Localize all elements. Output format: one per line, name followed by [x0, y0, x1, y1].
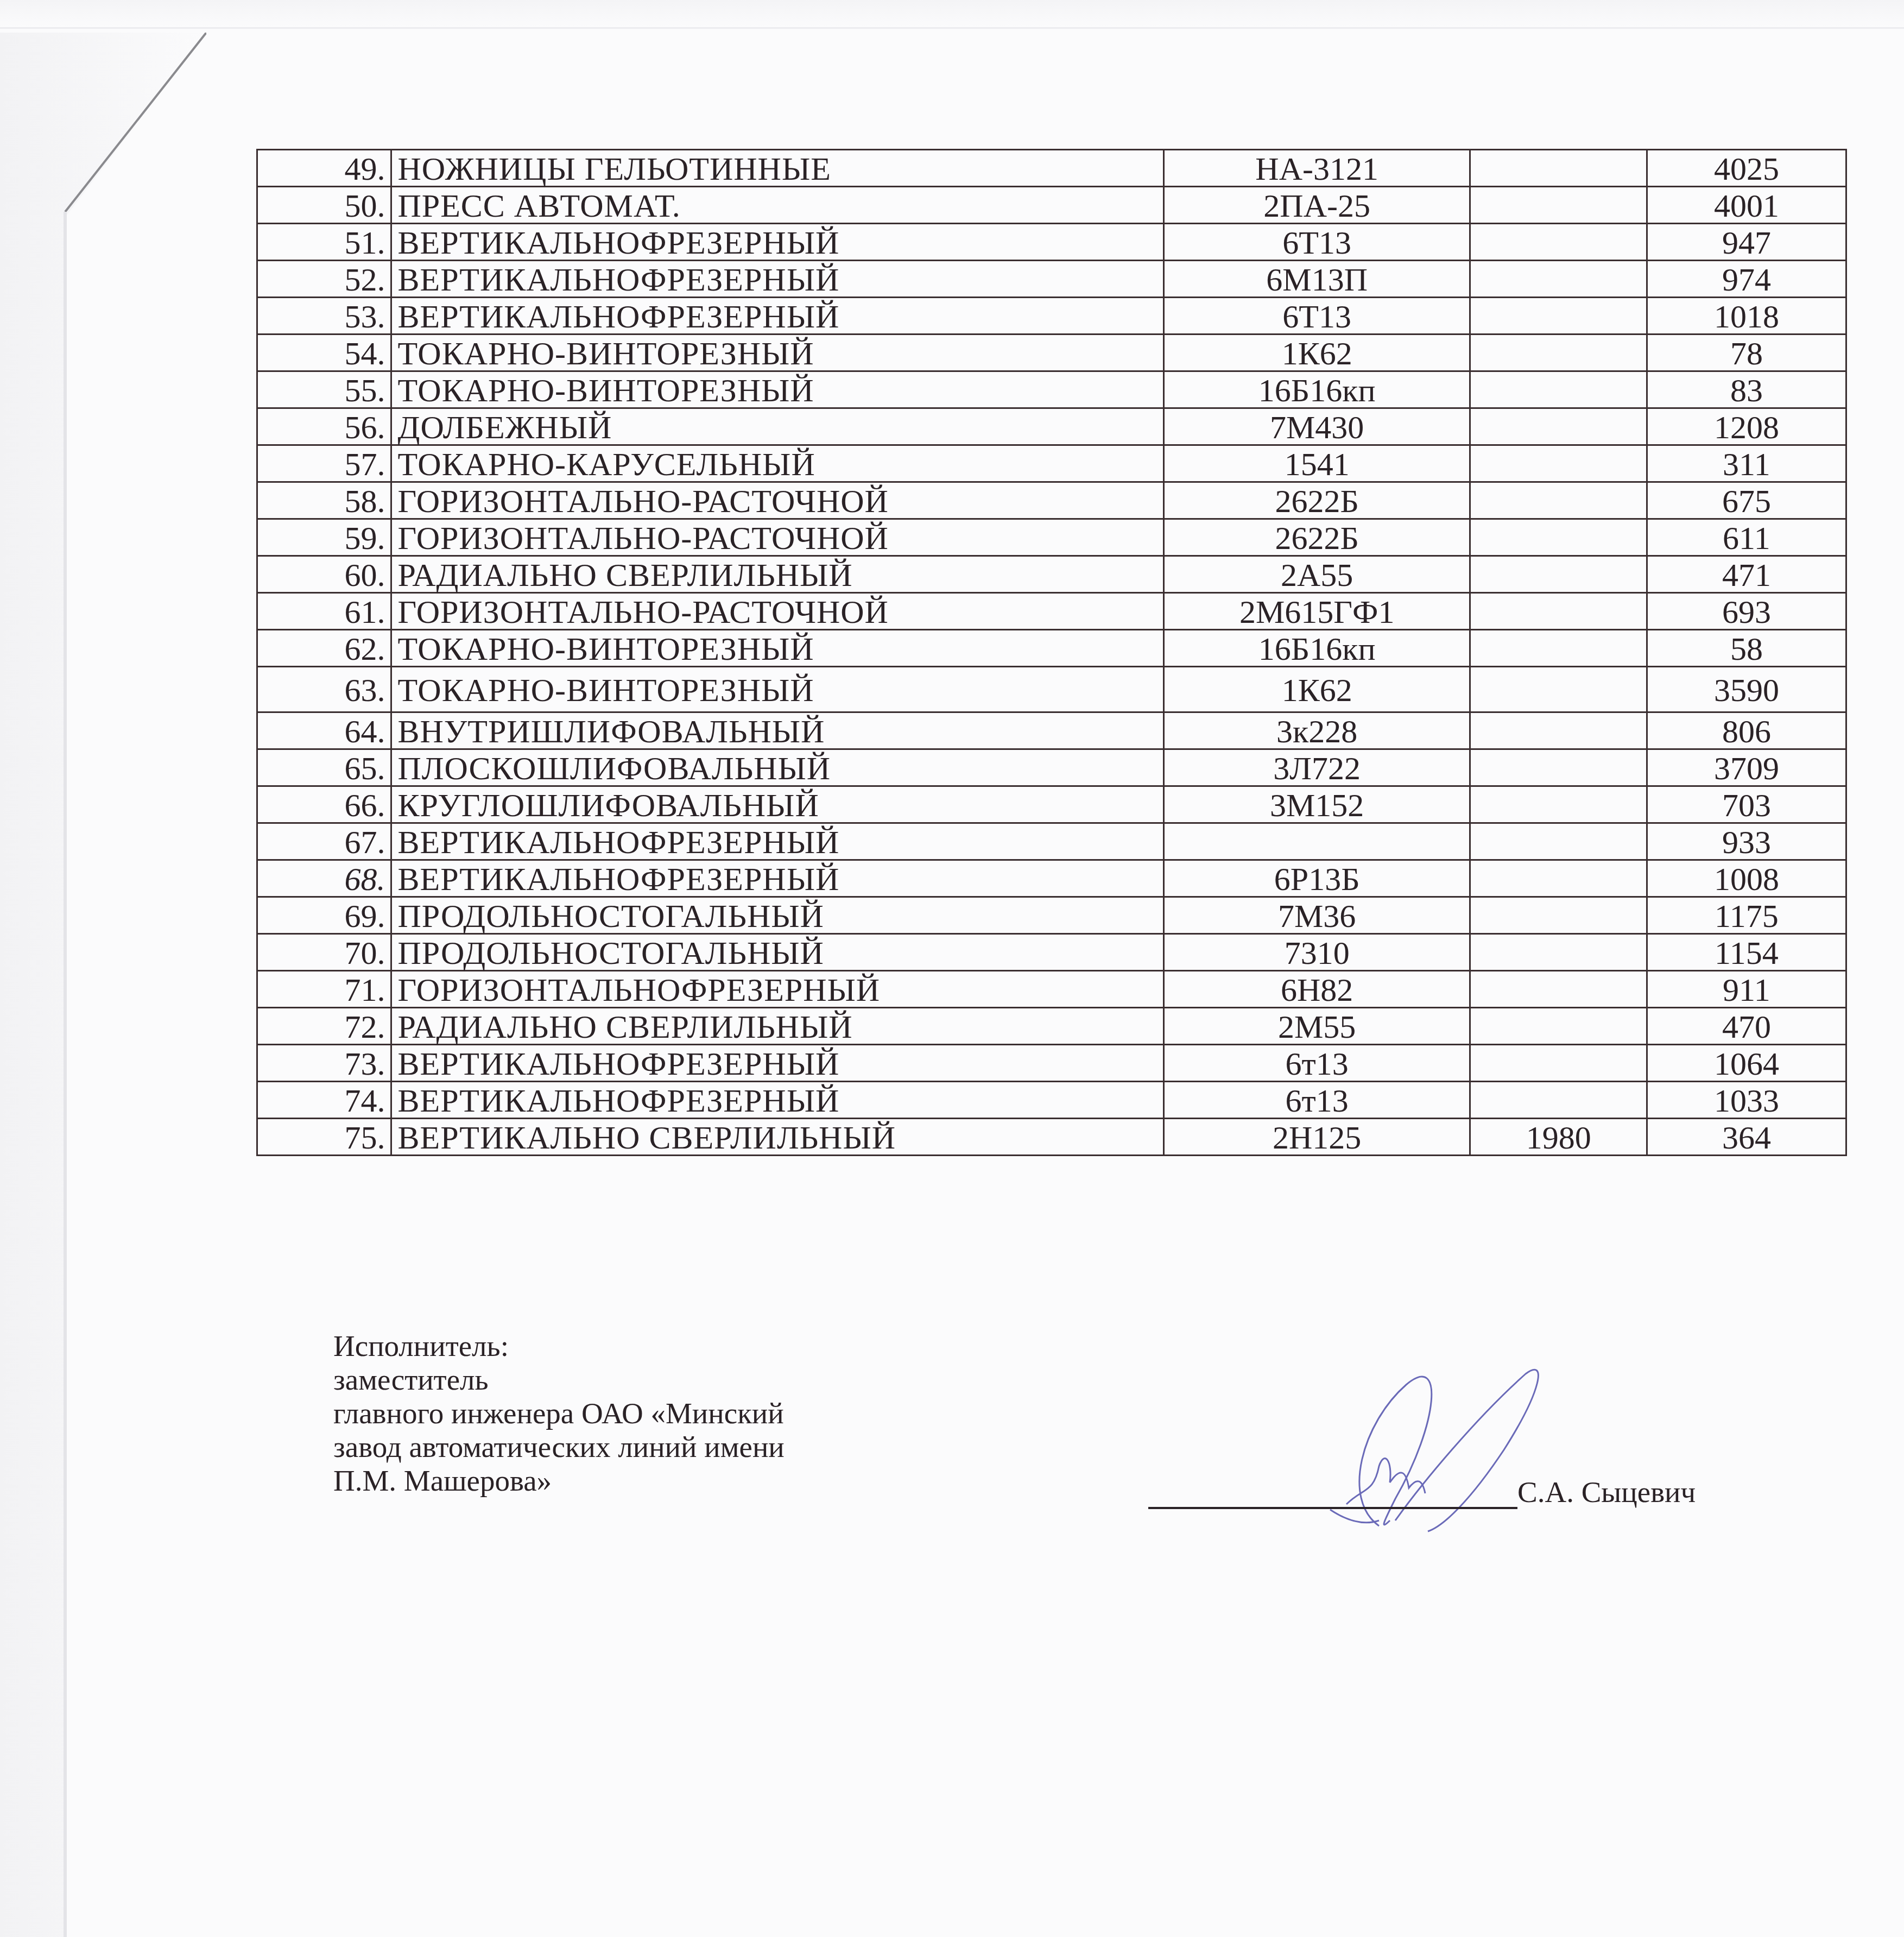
equipment-model: 16Б16кп [1163, 630, 1470, 667]
signature-line [1148, 1507, 1517, 1509]
equipment-name: ВЕРТИКАЛЬНОФРЕЗЕРНЫЙ [391, 823, 1163, 860]
equipment-name: ГОРИЗОНТАЛЬНО-РАСТОЧНОЙ [391, 519, 1163, 556]
equipment-name: КРУГЛОШЛИФОВАЛЬНЫЙ [391, 786, 1163, 823]
equipment-model: 6т13 [1163, 1082, 1470, 1119]
manufacture-year [1470, 971, 1647, 1008]
inventory-number: 1018 [1647, 298, 1846, 335]
manufacture-year [1470, 1045, 1647, 1082]
equipment-name: ТОКАРНО-ВИНТОРЕЗНЫЙ [391, 630, 1163, 667]
row-number: 75. [257, 1119, 391, 1156]
manufacture-year [1470, 224, 1647, 261]
manufacture-year [1470, 593, 1647, 630]
table-row: 69.ПРОДОЛЬНОСТОГАЛЬНЫЙ7М361175 [257, 897, 1846, 934]
table-row: 62.ТОКАРНО-ВИНТОРЕЗНЫЙ16Б16кп58 [257, 630, 1846, 667]
table-row: 70.ПРОДОЛЬНОСТОГАЛЬНЫЙ73101154 [257, 934, 1846, 971]
table-row: 61.ГОРИЗОНТАЛЬНО-РАСТОЧНОЙ2М615ГФ1693 [257, 593, 1846, 630]
inventory-number: 611 [1647, 519, 1846, 556]
equipment-model: 6Р13Б [1163, 860, 1470, 897]
equipment-name: ГОРИЗОНТАЛЬНО-РАСТОЧНОЙ [391, 482, 1163, 519]
manufacture-year [1470, 556, 1647, 593]
page-fold-shadow [0, 33, 206, 1937]
inventory-number: 933 [1647, 823, 1846, 860]
manufacture-year [1470, 298, 1647, 335]
signer-name: С.А. Сыцевич [1517, 1475, 1696, 1509]
row-number: 67. [257, 823, 391, 860]
equipment-name: ВЕРТИКАЛЬНО СВЕРЛИЛЬНЫЙ [391, 1119, 1163, 1156]
table-row: 54.ТОКАРНО-ВИНТОРЕЗНЫЙ1К6278 [257, 335, 1846, 371]
inventory-number: 1154 [1647, 934, 1846, 971]
table-row: 56.ДОЛБЕЖНЫЙ7М4301208 [257, 408, 1846, 445]
inventory-number: 911 [1647, 971, 1846, 1008]
table-row: 66.КРУГЛОШЛИФОВАЛЬНЫЙ3М152703 [257, 786, 1846, 823]
equipment-name: ПРОДОЛЬНОСТОГАЛЬНЫЙ [391, 897, 1163, 934]
equipment-model: НА-3121 [1163, 150, 1470, 187]
manufacture-year [1470, 445, 1647, 482]
row-number: 53. [257, 298, 391, 335]
row-number: 63. [257, 667, 391, 712]
equipment-name: ВЕРТИКАЛЬНОФРЕЗЕРНЫЙ [391, 224, 1163, 261]
equipment-model: 16Б16кп [1163, 371, 1470, 408]
equipment-model: 1К62 [1163, 667, 1470, 712]
table-row: 75.ВЕРТИКАЛЬНО СВЕРЛИЛЬНЫЙ2Н1251980364 [257, 1119, 1846, 1156]
equipment-name: ПЛОСКОШЛИФОВАЛЬНЫЙ [391, 749, 1163, 786]
table-row: 51.ВЕРТИКАЛЬНОФРЕЗЕРНЫЙ6Т13947 [257, 224, 1846, 261]
equipment-name: ТОКАРНО-ВИНТОРЕЗНЫЙ [391, 371, 1163, 408]
executor-line: заместитель [333, 1363, 785, 1397]
manufacture-year [1470, 371, 1647, 408]
inventory-number: 83 [1647, 371, 1846, 408]
manufacture-year [1470, 261, 1647, 298]
equipment-name: РАДИАЛЬНО СВЕРЛИЛЬНЫЙ [391, 1008, 1163, 1045]
inventory-number: 311 [1647, 445, 1846, 482]
equipment-model: 6М13П [1163, 261, 1470, 298]
row-number: 74. [257, 1082, 391, 1119]
manufacture-year [1470, 667, 1647, 712]
table-row: 65.ПЛОСКОШЛИФОВАЛЬНЫЙ3Л7223709 [257, 749, 1846, 786]
table-row: 72.РАДИАЛЬНО СВЕРЛИЛЬНЫЙ2М55470 [257, 1008, 1846, 1045]
row-number: 73. [257, 1045, 391, 1082]
equipment-model: 6Т13 [1163, 298, 1470, 335]
table-row: 49.НОЖНИЦЫ ГЕЛЬОТИННЫЕНА-31214025 [257, 150, 1846, 187]
row-number: 59. [257, 519, 391, 556]
equipment-name: ВЕРТИКАЛЬНОФРЕЗЕРНЫЙ [391, 1082, 1163, 1119]
table-row: 52.ВЕРТИКАЛЬНОФРЕЗЕРНЫЙ6М13П974 [257, 261, 1846, 298]
equipment-model: 7310 [1163, 934, 1470, 971]
inventory-number: 471 [1647, 556, 1846, 593]
inventory-number: 1008 [1647, 860, 1846, 897]
table-row: 50.ПРЕСС АВТОМАТ.2ПА-254001 [257, 187, 1846, 224]
equipment-name: ПРОДОЛЬНОСТОГАЛЬНЫЙ [391, 934, 1163, 971]
row-number: 70. [257, 934, 391, 971]
equipment-model: 1К62 [1163, 335, 1470, 371]
equipment-name: ГОРИЗОНТАЛЬНОФРЕЗЕРНЫЙ [391, 971, 1163, 1008]
inventory-number: 470 [1647, 1008, 1846, 1045]
table-row: 74.ВЕРТИКАЛЬНОФРЕЗЕРНЫЙ6т131033 [257, 1082, 1846, 1119]
equipment-name: РАДИАЛЬНО СВЕРЛИЛЬНЫЙ [391, 556, 1163, 593]
row-number: 58. [257, 482, 391, 519]
executor-line: Исполнитель: [333, 1329, 785, 1363]
equipment-model: 2М615ГФ1 [1163, 593, 1470, 630]
row-number: 68. [257, 860, 391, 897]
row-number: 60. [257, 556, 391, 593]
row-number: 56. [257, 408, 391, 445]
equipment-name: ГОРИЗОНТАЛЬНО-РАСТОЧНОЙ [391, 593, 1163, 630]
equipment-model: 6Т13 [1163, 224, 1470, 261]
row-number: 51. [257, 224, 391, 261]
manufacture-year [1470, 786, 1647, 823]
inventory-number: 974 [1647, 261, 1846, 298]
table-row: 58.ГОРИЗОНТАЛЬНО-РАСТОЧНОЙ2622Б675 [257, 482, 1846, 519]
inventory-number: 58 [1647, 630, 1846, 667]
handwritten-signature [1298, 1358, 1602, 1539]
manufacture-year: 1980 [1470, 1119, 1647, 1156]
table-row: 71.ГОРИЗОНТАЛЬНОФРЕЗЕРНЫЙ6Н82911 [257, 971, 1846, 1008]
equipment-name: ТОКАРНО-КАРУСЕЛЬНЫЙ [391, 445, 1163, 482]
table-row: 73.ВЕРТИКАЛЬНОФРЕЗЕРНЫЙ6т131064 [257, 1045, 1846, 1082]
equipment-model: 2ПА-25 [1163, 187, 1470, 224]
row-number: 65. [257, 749, 391, 786]
manufacture-year [1470, 630, 1647, 667]
equipment-model: 6т13 [1163, 1045, 1470, 1082]
manufacture-year [1470, 519, 1647, 556]
executor-line: П.М. Машерова» [333, 1464, 785, 1498]
row-number: 50. [257, 187, 391, 224]
equipment-name: ДОЛБЕЖНЫЙ [391, 408, 1163, 445]
equipment-name: ВЕРТИКАЛЬНОФРЕЗЕРНЫЙ [391, 860, 1163, 897]
executor-block: Исполнитель: заместитель главного инжене… [333, 1329, 785, 1498]
manufacture-year [1470, 823, 1647, 860]
manufacture-year [1470, 150, 1647, 187]
row-number: 72. [257, 1008, 391, 1045]
manufacture-year [1470, 482, 1647, 519]
row-number: 66. [257, 786, 391, 823]
inventory-number: 4001 [1647, 187, 1846, 224]
table-row: 60.РАДИАЛЬНО СВЕРЛИЛЬНЫЙ2А55471 [257, 556, 1846, 593]
equipment-name: НОЖНИЦЫ ГЕЛЬОТИННЫЕ [391, 150, 1163, 187]
inventory-number: 4025 [1647, 150, 1846, 187]
manufacture-year [1470, 897, 1647, 934]
manufacture-year [1470, 934, 1647, 971]
executor-line: главного инженера ОАО «Минский [333, 1397, 785, 1430]
equipment-name: ВЕРТИКАЛЬНОФРЕЗЕРНЫЙ [391, 298, 1163, 335]
equipment-model: 3Л722 [1163, 749, 1470, 786]
manufacture-year [1470, 408, 1647, 445]
manufacture-year [1470, 1082, 1647, 1119]
inventory-number: 3590 [1647, 667, 1846, 712]
inventory-number: 78 [1647, 335, 1846, 371]
equipment-model: 3к228 [1163, 712, 1470, 749]
inventory-number: 1208 [1647, 408, 1846, 445]
executor-line: завод автоматических линий имени [333, 1430, 785, 1464]
table-row: 53.ВЕРТИКАЛЬНОФРЕЗЕРНЫЙ6Т131018 [257, 298, 1846, 335]
table-row: 57.ТОКАРНО-КАРУСЕЛЬНЫЙ1541311 [257, 445, 1846, 482]
manufacture-year [1470, 749, 1647, 786]
equipment-model: 2622Б [1163, 519, 1470, 556]
equipment-model: 7М430 [1163, 408, 1470, 445]
equipment-model: 2А55 [1163, 556, 1470, 593]
equipment-model [1163, 823, 1470, 860]
inventory-number: 1064 [1647, 1045, 1846, 1082]
equipment-model: 1541 [1163, 445, 1470, 482]
row-number: 64. [257, 712, 391, 749]
row-number: 69. [257, 897, 391, 934]
inventory-number: 947 [1647, 224, 1846, 261]
inventory-number: 675 [1647, 482, 1846, 519]
inventory-number: 1175 [1647, 897, 1846, 934]
table-row: 67.ВЕРТИКАЛЬНОФРЕЗЕРНЫЙ933 [257, 823, 1846, 860]
equipment-model: 2622Б [1163, 482, 1470, 519]
equipment-name: ВЕРТИКАЛЬНОФРЕЗЕРНЫЙ [391, 1045, 1163, 1082]
equipment-model: 2Н125 [1163, 1119, 1470, 1156]
row-number: 57. [257, 445, 391, 482]
equipment-name: ТОКАРНО-ВИНТОРЕЗНЫЙ [391, 335, 1163, 371]
equipment-model: 7М36 [1163, 897, 1470, 934]
inventory-number: 693 [1647, 593, 1846, 630]
row-number: 71. [257, 971, 391, 1008]
equipment-model: 6Н82 [1163, 971, 1470, 1008]
equipment-table: 49.НОЖНИЦЫ ГЕЛЬОТИННЫЕНА-3121402550.ПРЕС… [256, 149, 1847, 1156]
manufacture-year [1470, 1008, 1647, 1045]
equipment-name: ВНУТРИШЛИФОВАЛЬНЫЙ [391, 712, 1163, 749]
table-row: 68.ВЕРТИКАЛЬНОФРЕЗЕРНЫЙ6Р13Б1008 [257, 860, 1846, 897]
inventory-number: 3709 [1647, 749, 1846, 786]
equipment-name: ВЕРТИКАЛЬНОФРЕЗЕРНЫЙ [391, 261, 1163, 298]
row-number: 55. [257, 371, 391, 408]
table-row: 55.ТОКАРНО-ВИНТОРЕЗНЫЙ16Б16кп83 [257, 371, 1846, 408]
table-row: 63.ТОКАРНО-ВИНТОРЕЗНЫЙ1К623590 [257, 667, 1846, 712]
row-number: 49. [257, 150, 391, 187]
table-row: 64.ВНУТРИШЛИФОВАЛЬНЫЙ3к228806 [257, 712, 1846, 749]
inventory-number: 703 [1647, 786, 1846, 823]
equipment-model: 3М152 [1163, 786, 1470, 823]
row-number: 52. [257, 261, 391, 298]
equipment-name: ТОКАРНО-ВИНТОРЕЗНЫЙ [391, 667, 1163, 712]
inventory-number: 806 [1647, 712, 1846, 749]
inventory-number: 1033 [1647, 1082, 1846, 1119]
inventory-number: 364 [1647, 1119, 1846, 1156]
row-number: 62. [257, 630, 391, 667]
table-row: 59.ГОРИЗОНТАЛЬНО-РАСТОЧНОЙ2622Б611 [257, 519, 1846, 556]
scan-edge [0, 0, 1904, 29]
manufacture-year [1470, 187, 1647, 224]
row-number: 54. [257, 335, 391, 371]
manufacture-year [1470, 860, 1647, 897]
equipment-name: ПРЕСС АВТОМАТ. [391, 187, 1163, 224]
manufacture-year [1470, 712, 1647, 749]
row-number: 61. [257, 593, 391, 630]
equipment-model: 2М55 [1163, 1008, 1470, 1045]
manufacture-year [1470, 335, 1647, 371]
